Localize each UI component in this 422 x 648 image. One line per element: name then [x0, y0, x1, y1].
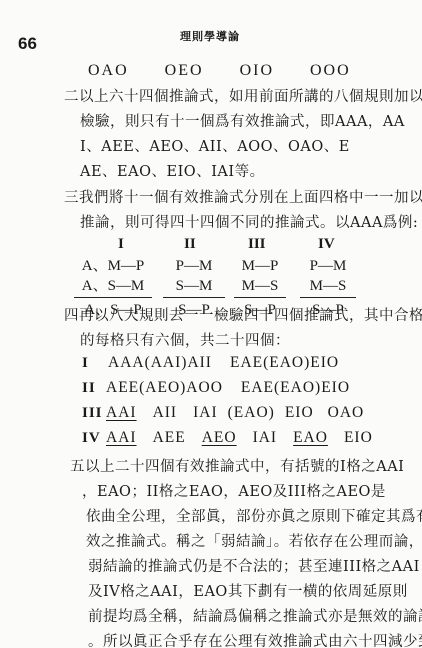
figure-label: III	[248, 236, 266, 253]
divider	[74, 297, 152, 298]
form: OIO	[240, 62, 274, 80]
para5-line: 依曲全公理，全部眞，部份亦眞之原則下確定其爲有	[86, 505, 422, 526]
form: OOO	[310, 62, 351, 80]
major-premise: P—M	[300, 256, 356, 276]
form: OAO	[88, 62, 129, 80]
page-number: 66	[18, 34, 37, 54]
para5-line: 。所以眞正合乎存在公理有效推論式由六十四減少到	[88, 630, 422, 648]
major-premise: P—M	[163, 256, 225, 276]
valid-row-3: IIIAAIAIIIAI(EAO)EIOOAO	[82, 404, 378, 422]
para5-line: 五以上二十四個有效推論式中，有括號的I格之AAI	[70, 455, 404, 476]
para3-line: 三我們將十一個有效推論式分別在上面四格中一一加以	[64, 186, 422, 207]
para2-line: 檢驗，則只有十一個爲有效推論式，即AAA，AA	[80, 110, 405, 131]
valid-row-2: IIAEE(AEO)AOOEAE(EAO)EIO	[82, 379, 364, 397]
form: OEO	[165, 62, 204, 80]
para5-line: 效之推論式。稱之「弱結論」。若依存在公理而論，	[86, 530, 422, 551]
figure-label: I	[118, 236, 124, 253]
para2-line: I、AEE、AEO、AII、AOO、OAO、E	[80, 135, 350, 156]
minor-premise: A、S—M	[74, 276, 152, 296]
para5-line: 前提均爲全稱，結論爲偏稱之推論式亦是無效的論證	[88, 605, 422, 626]
para5-line: 弱結論的推論式仍是不合法的；甚至連III格之AAI	[88, 555, 420, 576]
divider	[300, 297, 356, 298]
figure-label: II	[184, 236, 196, 253]
minor-premise: M—S	[234, 276, 286, 296]
figure-label: IV	[318, 236, 335, 253]
running-header: 理則學導論	[180, 28, 240, 44]
divider	[234, 297, 286, 298]
para4-line: 的每格只有六個，共二十四個：	[80, 329, 290, 350]
para5-line: 及IV格之AAI，EAO其下劃有一横的依周延原則	[88, 580, 408, 601]
top-forms: OAO OEO OIO OOO	[88, 62, 365, 80]
para2-line: 二以上六十四個推論式，如用前面所講的八個規則加以	[64, 85, 422, 106]
valid-row-1: IAAA(AAI)AIIEAE(EAO)EIO	[82, 354, 353, 372]
para3-line: 推論，則可得四十四個不同的推論式。以AAA爲例:	[80, 211, 418, 232]
minor-premise: S—M	[163, 276, 225, 296]
minor-premise: M—S	[300, 276, 356, 296]
major-premise: A、M—P	[74, 256, 152, 276]
valid-row-4: IVAAIAEEAEOIAIEAOEIO	[82, 429, 387, 447]
divider	[163, 297, 225, 298]
major-premise: M—P	[234, 256, 286, 276]
para4-line: 四再以八大規則去一一檢驗四十四個推論式，其中合格	[64, 304, 422, 325]
para5-line: ，EAO；II格之EAO，AEO及III格之AEO是	[82, 480, 386, 501]
para2-line: AE、EAO、EIO、IAI等。	[80, 160, 265, 181]
